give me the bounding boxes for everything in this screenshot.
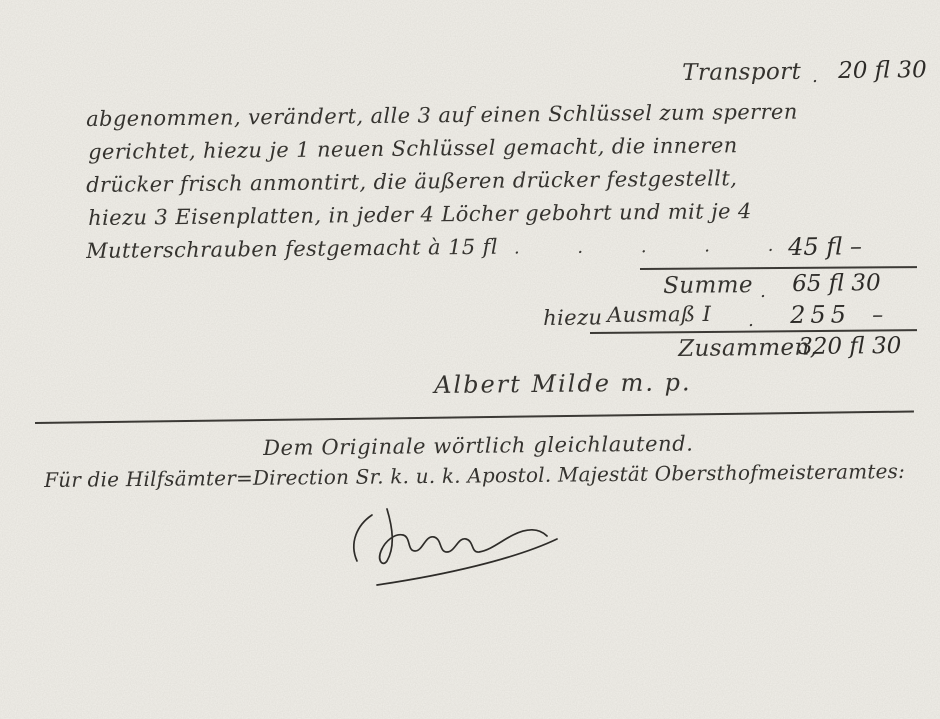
- summe-amount: 65 fl 30: [792, 270, 881, 297]
- body-line-5-text: Mutterschrauben festgemacht à 15 fl: [86, 235, 498, 263]
- ausmass-amount: 255: [790, 300, 851, 329]
- document-page: Transport . 20 fl 30 abgenommen, verände…: [0, 0, 940, 719]
- hiezu-label: hiezu: [543, 305, 603, 330]
- transport-amount: 20 fl 30: [838, 57, 927, 84]
- body-line-5: Mutterschrauben festgemacht à 15 fl. . .…: [86, 232, 800, 263]
- zusammen-amount: 320 fl 30: [798, 333, 901, 360]
- ausmass-dash: –: [872, 303, 883, 328]
- zusammen-label: Zusammen,: [678, 335, 818, 362]
- transport-dot: .: [812, 66, 818, 87]
- body-line-1: abgenommen, verändert, alle 3 auf einen …: [86, 100, 798, 131]
- item-amount: 45 fl –: [788, 232, 862, 261]
- body-line-4: hiezu 3 Eisenplatten, in jeder 4 Löcher …: [88, 199, 752, 230]
- official-signature: [325, 495, 605, 595]
- summe-dot: .: [760, 281, 766, 302]
- body-line-2: gerichtet, hiezu je 1 neuen Schlüssel ge…: [88, 133, 738, 164]
- certification-line-1: Dem Originale wörtlich gleichlautend.: [263, 431, 694, 460]
- certification-line-2: Für die Hilfsämter=Direction Sr. k. u. k…: [44, 459, 905, 492]
- contractor-signature: Albert Milde m. p.: [434, 368, 692, 399]
- divider-rule: [35, 410, 914, 424]
- body-line-3: drücker frisch anmontirt, die äußeren dr…: [86, 166, 737, 197]
- ausmass-dot: .: [748, 310, 754, 331]
- leader-dots: . . . . .: [514, 235, 800, 259]
- summe-label: Summe: [663, 272, 753, 299]
- transport-label: Transport: [682, 59, 801, 86]
- ausmass-label: Ausmaß I: [607, 302, 711, 327]
